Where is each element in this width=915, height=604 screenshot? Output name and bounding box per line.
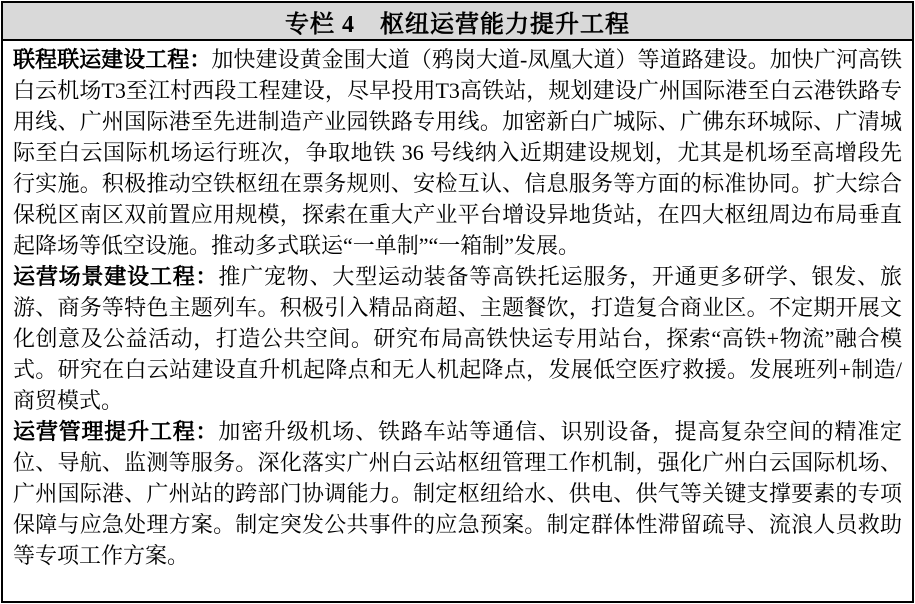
column-box-body: 联程联运建设工程：加快建设黄金围大道（鸦岗大道-凤凰大道）等道路建设。加快广河高… <box>3 41 912 601</box>
column-box: 专栏 4 枢纽运营能力提升工程 联程联运建设工程：加快建设黄金围大道（鸦岗大道-… <box>1 1 914 603</box>
paragraph-operation-management: 运营管理提升工程：加密升级机场、铁路车站等通信、识别设备，提高复杂空间的精准定位… <box>13 416 902 571</box>
column-box-title: 专栏 4 枢纽运营能力提升工程 <box>3 3 912 41</box>
paragraph-text: 加快建设黄金围大道（鸦岗大道-凤凰大道）等道路建设。加快广河高铁白云机场T3至江… <box>13 47 902 258</box>
paragraph-lead: 运营场景建设工程： <box>13 264 218 289</box>
paragraph-lead: 联程联运建设工程： <box>13 47 211 72</box>
paragraph-intermodal-construction: 联程联运建设工程：加快建设黄金围大道（鸦岗大道-凤凰大道）等道路建设。加快广河高… <box>13 44 902 261</box>
paragraph-operation-scenario: 运营场景建设工程：推广宠物、大型运动装备等高铁托运服务，开通更多研学、银发、旅游… <box>13 261 902 416</box>
paragraph-lead: 运营管理提升工程： <box>13 419 218 444</box>
